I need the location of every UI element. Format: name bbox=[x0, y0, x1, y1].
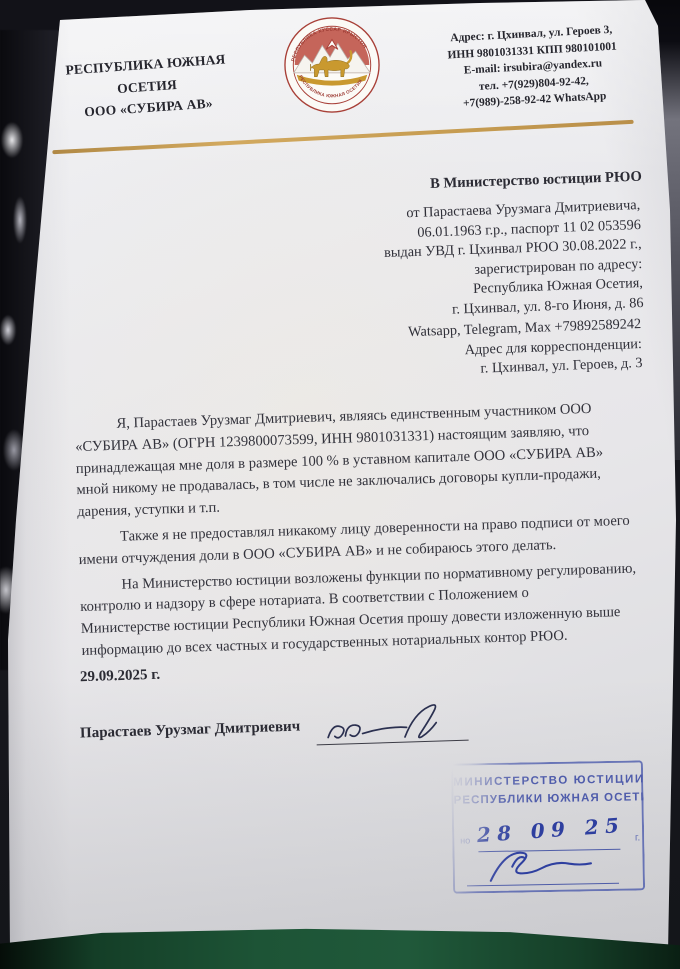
paragraph-3: На Министерство юстиции возложены функци… bbox=[79, 557, 659, 662]
paragraph-1: Я, Парастаев Урузмаг Дмитриевич, являясь… bbox=[74, 397, 655, 524]
coat-of-arms-icon: РЕСПУБЛИКА ХУССАР ИРЫСТОН РЕСПУБЛИКА ЮЖН… bbox=[283, 16, 381, 114]
stamp-ministry-line: МИНИСТЕРСТВО ЮСТИЦИИ bbox=[453, 773, 641, 788]
applicant-block: от Парастаева Урузмага Дмитриевича, 06.0… bbox=[298, 196, 644, 325]
signatory-name: Парастаев Урузмаг Дмитриевич bbox=[80, 719, 301, 743]
stamp-republic-line: РЕСПУБЛИКИ ЮЖНАЯ ОСЕТИЯ bbox=[453, 791, 641, 806]
stamp-handwritten-signature bbox=[482, 847, 611, 894]
letter-paper: РЕСПУБЛИКА ЮЖНАЯ ОСЕТИЯ ООО «СУБИРА АВ» … bbox=[0, 0, 680, 969]
letter-date: 29.09.2025 г. bbox=[80, 667, 161, 687]
ministry-stamp: МИНИСТЕРСТВО ЮСТИЦИИ РЕСПУБЛИКИ ЮЖНАЯ ОС… bbox=[451, 760, 645, 893]
stamp-received-prefix: но bbox=[460, 835, 470, 845]
correspondence-block: Watsapp, Telegram, Max +79892589242 Адре… bbox=[299, 315, 643, 386]
handwritten-signature bbox=[319, 698, 464, 749]
document-photo: РЕСПУБЛИКА ЮЖНАЯ ОСЕТИЯ ООО «СУБИРА АВ» … bbox=[0, 0, 680, 969]
signature-line bbox=[315, 698, 468, 746]
org-name-block: РЕСПУБЛИКА ЮЖНАЯ ОСЕТИЯ ООО «СУБИРА АВ» bbox=[36, 46, 258, 126]
stamp-handwritten-date: 28 09 25 bbox=[475, 813, 626, 847]
stamp-date-suffix: г. bbox=[635, 832, 640, 843]
body-line: дарения, уступки и т.п. bbox=[77, 500, 220, 520]
letter-body: Я, Парастаев Урузмаг Дмитриевич, являясь… bbox=[74, 397, 660, 667]
contacts-block: Адрес: г. Цхинвал, ул. Героев 3, ИНН 980… bbox=[403, 19, 663, 115]
letterhead-rule bbox=[52, 120, 633, 154]
ministry-address-line: В Министерство юстиции РЮО bbox=[332, 169, 642, 197]
